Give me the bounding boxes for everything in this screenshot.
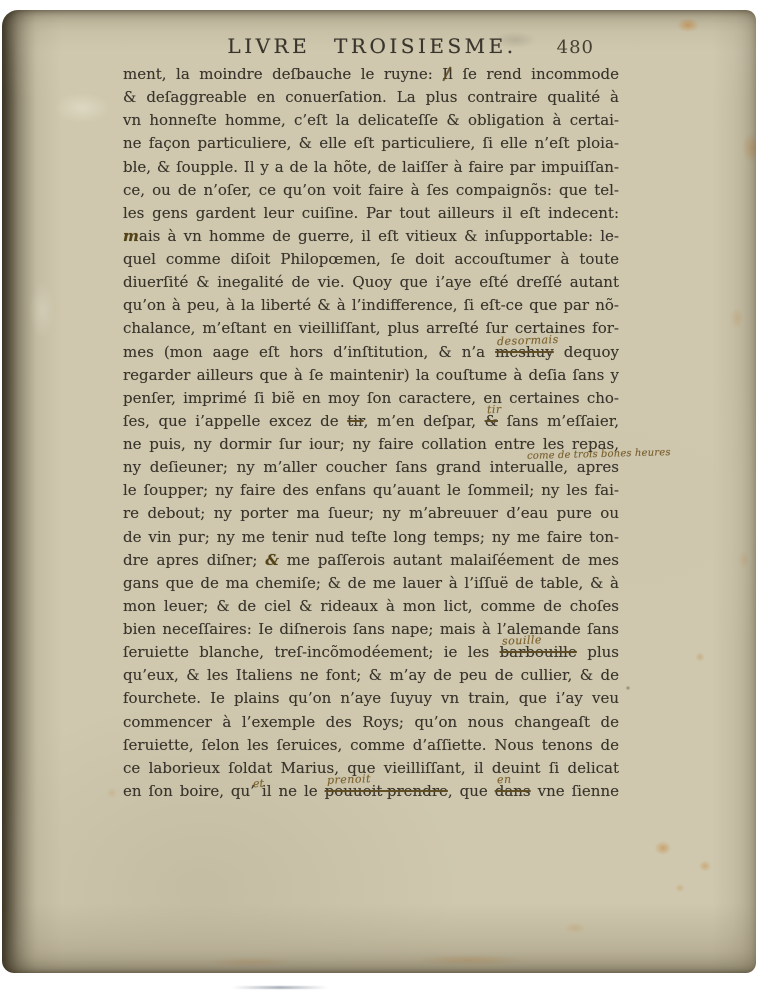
print-text: penſer, imprimé ſi biẽ en moy ſon caract… bbox=[123, 389, 619, 407]
correction-group: meshuydesormais bbox=[495, 341, 554, 364]
text-block: ment, la moindre deſbauche le ruyne: Il … bbox=[123, 63, 619, 803]
print-text: regarder ailleurs que à ſe maintenir) la… bbox=[123, 366, 619, 384]
handwritten-annotation: prenoit bbox=[326, 767, 371, 792]
text-line: mon leuer; & de ciel & rideaux à mon lic… bbox=[123, 595, 619, 618]
print-text: ſans m’eſſaier, bbox=[498, 412, 619, 430]
print-text: de vin pur; ny me tenir nud teſte long t… bbox=[123, 528, 619, 546]
print-text: fourchete. Ie plains qu’on n’aye ſuyuy v… bbox=[123, 689, 619, 707]
print-text: le ſoupper; ny faire des enfans qu’auant… bbox=[123, 481, 619, 499]
print-text: dequoy bbox=[554, 343, 619, 361]
text-line: qu’on à peu, à la liberté & à l’indiffer… bbox=[123, 294, 619, 317]
text-line: ce laborieux ſoldat Marius, que vieilliſ… bbox=[123, 757, 619, 780]
print-text: qu’eux, & les Italiens ne font; & m’ay d… bbox=[123, 666, 619, 684]
handwritten-annotation: desormais bbox=[497, 327, 560, 352]
page-number: 480 bbox=[557, 37, 594, 58]
page-header: LIVRE TROISIESME. 480 bbox=[122, 34, 622, 60]
print-text: gans que de ma chemiſe; & de me lauer à … bbox=[123, 574, 619, 592]
handwritten-annotation: tir bbox=[486, 398, 502, 422]
text-line: & deſaggreable en conuerſation. La plus … bbox=[123, 86, 619, 109]
handwritten-overwrite: & bbox=[265, 551, 279, 569]
text-line: ble, & ſoupple. Il y a de la hõte, de la… bbox=[123, 156, 619, 179]
correction-group: pouuoit prendreprenoit bbox=[325, 780, 448, 803]
print-text: ſeruiette blanche, treſ-incõmodéement; i… bbox=[123, 643, 500, 661]
text-line: ne façon particuliere, & elle eſt partic… bbox=[123, 132, 619, 155]
text-line: ny deſieuner; ny m’aller coucher ſans gr… bbox=[123, 456, 619, 479]
text-line: mes (mon aage eſt hors d’inſtitution, & … bbox=[123, 341, 619, 364]
text-line: regarder ailleurs que à ſe maintenir) la… bbox=[123, 364, 619, 387]
margin-annotation: come de trois bones heures bbox=[527, 441, 671, 468]
text-line: bien neceſſaires: Ie diſnerois ſans nape… bbox=[123, 618, 619, 641]
print-text: qu’on à peu, à la liberté & à l’indiffer… bbox=[123, 296, 619, 314]
text-line: gans que de ma chemiſe; & de me lauer à … bbox=[123, 572, 619, 595]
correction-group: dansen bbox=[495, 780, 531, 803]
print-text: ſe rend incommode bbox=[453, 65, 619, 83]
text-line: ce, ou de n’oſer, ce qu’on voit faire à … bbox=[123, 179, 619, 202]
handwritten-annotation: souille bbox=[501, 628, 542, 653]
print-text: me paſſerois autant malaiſéement de mes bbox=[279, 551, 619, 569]
print-text: ſes, que i’appelle excez de bbox=[123, 412, 347, 430]
handwritten-annotation: en bbox=[496, 768, 511, 792]
handwritten-annotation: et bbox=[253, 772, 265, 795]
print-text: ble, & ſoupple. Il y a de la hõte, de la… bbox=[123, 158, 619, 176]
print-text: vn honneſte homme, c’eſt la delicateſſe … bbox=[123, 111, 619, 129]
print-text: dre apres diſner; bbox=[123, 551, 265, 569]
print-text: , m’en deſpar, bbox=[364, 412, 485, 430]
text-line: ſes, que i’appelle excez de tir, m’en de… bbox=[123, 410, 619, 433]
struck-text: tir bbox=[347, 412, 363, 430]
text-line: le ſoupper; ny faire des enfans qu’auant… bbox=[123, 479, 619, 502]
text-line: fourchete. Ie plains qu’on n’aye ſuyuy v… bbox=[123, 687, 619, 710]
print-text: ce laborieux ſoldat Marius, que vieilliſ… bbox=[123, 759, 619, 777]
scan-artifact-line bbox=[232, 986, 328, 989]
print-text: quel comme diſoit Philopœmen, ſe doit ac… bbox=[123, 250, 619, 268]
text-line: vn honneſte homme, c’eſt la delicateſſe … bbox=[123, 109, 619, 132]
text-line: dre apres diſner; & me paſſerois autant … bbox=[123, 549, 619, 572]
print-text: ſeruiette, ſelon les ſeruices, comme d’a… bbox=[123, 736, 619, 754]
hand-marked-text: Il bbox=[442, 65, 453, 83]
print-text: mes (mon aage eſt hors d’inſtitution, & … bbox=[123, 343, 495, 361]
text-line: en ſon boire, qu’etil ne le pouuoit pren… bbox=[123, 780, 619, 803]
text-line: de vin pur; ny me tenir nud teſte long t… bbox=[123, 526, 619, 549]
text-line: ſeruiette, ſelon les ſeruices, comme d’a… bbox=[123, 734, 619, 757]
print-text: ce, ou de n’oſer, ce qu’on voit faire à … bbox=[123, 181, 619, 199]
text-line: ment, la moindre deſbauche le ruyne: Il … bbox=[123, 63, 619, 86]
correction-group: barbouillesouille bbox=[500, 641, 577, 664]
print-text: mon leuer; & de ciel & rideaux à mon lic… bbox=[123, 597, 619, 615]
text-line: mais à vn homme de guerre, il eſt vitieu… bbox=[123, 225, 619, 248]
text-line: quel comme diſoit Philopœmen, ſe doit ac… bbox=[123, 248, 619, 271]
book-page: LIVRE TROISIESME. 480 ment, la moindre d… bbox=[2, 10, 756, 973]
correction-group: &tir bbox=[485, 410, 498, 433]
print-text: ne façon particuliere, & elle eſt partic… bbox=[123, 134, 619, 152]
text-line: qu’eux, & les Italiens ne font; & m’ay d… bbox=[123, 664, 619, 687]
print-text: il ne le bbox=[262, 782, 325, 800]
print-text: les gens gardent leur cuiſine. Par tout … bbox=[123, 204, 619, 222]
print-text: re debout; ny porter ma ſueur; ny m’abre… bbox=[123, 504, 619, 522]
print-text: bien neceſſaires: Ie diſnerois ſans nape… bbox=[123, 620, 619, 638]
text-line: ſeruiette blanche, treſ-incõmodéement; i… bbox=[123, 641, 619, 664]
print-text: plus bbox=[577, 643, 619, 661]
print-text: en ſon boire, qu’ bbox=[123, 782, 255, 800]
text-line: re debout; ny porter ma ſueur; ny m’abre… bbox=[123, 502, 619, 525]
print-text: & deſaggreable en conuerſation. La plus … bbox=[123, 88, 619, 106]
print-text: diuerſité & inegalité de vie. Quoy que i… bbox=[123, 273, 619, 291]
print-text: commencer à l’exemple des Roys; qu’on no… bbox=[123, 713, 619, 731]
print-text: ment, la moindre deſbauche le ruyne: bbox=[123, 65, 442, 83]
text-line: commencer à l’exemple des Roys; qu’on no… bbox=[123, 711, 619, 734]
running-header-title: LIVRE TROISIESME. bbox=[227, 34, 516, 58]
scan-background: LIVRE TROISIESME. 480 ment, la moindre d… bbox=[0, 0, 768, 992]
print-text: ais à vn homme de guerre, il eſt vitieux… bbox=[139, 227, 619, 245]
text-line: les gens gardent leur cuiſine. Par tout … bbox=[123, 202, 619, 225]
handwritten-overwrite: m bbox=[123, 227, 139, 245]
print-text: vne ſienne bbox=[531, 782, 619, 800]
print-text: , que bbox=[448, 782, 495, 800]
text-line: diuerſité & inegalité de vie. Quoy que i… bbox=[123, 271, 619, 294]
text-line: penſer, imprimé ſi biẽ en moy ſon caract… bbox=[123, 387, 619, 410]
